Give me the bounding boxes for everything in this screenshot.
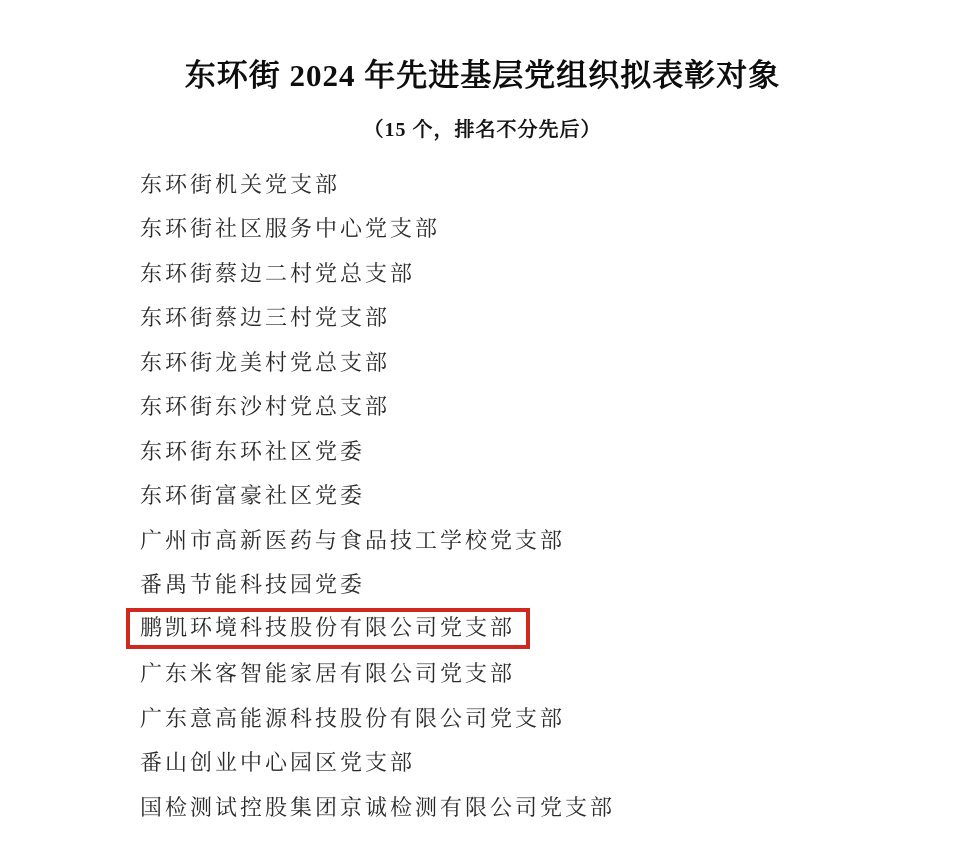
list-item-label: 东环街蔡边二村党总支部 (140, 257, 415, 288)
list-item-label: 广州市高新医药与食品技工学校党支部 (140, 524, 565, 555)
list-item: 广东米客智能家居有限公司党支部 (140, 651, 925, 696)
list-item-label: 东环街东环社区党委 (140, 435, 365, 466)
list-item-label: 番禺节能科技园党委 (140, 568, 365, 599)
page-title: 东环街 2024 年先进基层党组织拟表彰对象 (0, 50, 965, 95)
page-subtitle: （15 个，排名不分先后） (0, 113, 965, 142)
list-item: 东环街蔡边三村党支部 (140, 295, 925, 340)
list-item-highlighted: 鹏凯环境科技股份有限公司党支部 (140, 606, 925, 651)
list-item: 东环街机关党支部 (140, 161, 925, 206)
organization-list: 东环街机关党支部 东环街社区服务中心党支部 东环街蔡边二村党总支部 东环街蔡边三… (140, 161, 925, 829)
list-item: 广东意高能源科技股份有限公司党支部 (140, 695, 925, 740)
list-item-label: 鹏凯环境科技股份有限公司党支部 (140, 615, 515, 640)
list-item: 番禺节能科技园党委 (140, 562, 925, 607)
list-item: 东环街蔡边二村党总支部 (140, 250, 925, 295)
document-page: 东环街 2024 年先进基层党组织拟表彰对象 （15 个，排名不分先后） 东环街… (0, 0, 965, 851)
list-item: 东环街东环社区党委 (140, 428, 925, 473)
list-item-label: 东环街蔡边三村党支部 (140, 301, 390, 332)
list-item: 东环街东沙村党总支部 (140, 384, 925, 429)
list-item-label: 国检测试控股集团京诚检测有限公司党支部 (140, 791, 615, 822)
list-item: 东环街社区服务中心党支部 (140, 206, 925, 251)
highlight-box: 鹏凯环境科技股份有限公司党支部 (126, 608, 530, 649)
list-item-label: 广东米客智能家居有限公司党支部 (140, 657, 515, 688)
list-item: 国检测试控股集团京诚检测有限公司党支部 (140, 784, 925, 829)
list-item-label: 东环街机关党支部 (140, 168, 340, 199)
list-item-label: 东环街富豪社区党委 (140, 479, 365, 510)
list-item: 番山创业中心园区党支部 (140, 740, 925, 785)
list-item-label: 广东意高能源科技股份有限公司党支部 (140, 702, 565, 733)
list-item: 东环街龙美村党总支部 (140, 339, 925, 384)
list-item-label: 东环街社区服务中心党支部 (140, 212, 440, 243)
list-item-label: 东环街龙美村党总支部 (140, 346, 390, 377)
list-item: 东环街富豪社区党委 (140, 473, 925, 518)
list-item-label: 番山创业中心园区党支部 (140, 746, 415, 777)
list-item-label: 东环街东沙村党总支部 (140, 390, 390, 421)
list-item: 广州市高新医药与食品技工学校党支部 (140, 517, 925, 562)
